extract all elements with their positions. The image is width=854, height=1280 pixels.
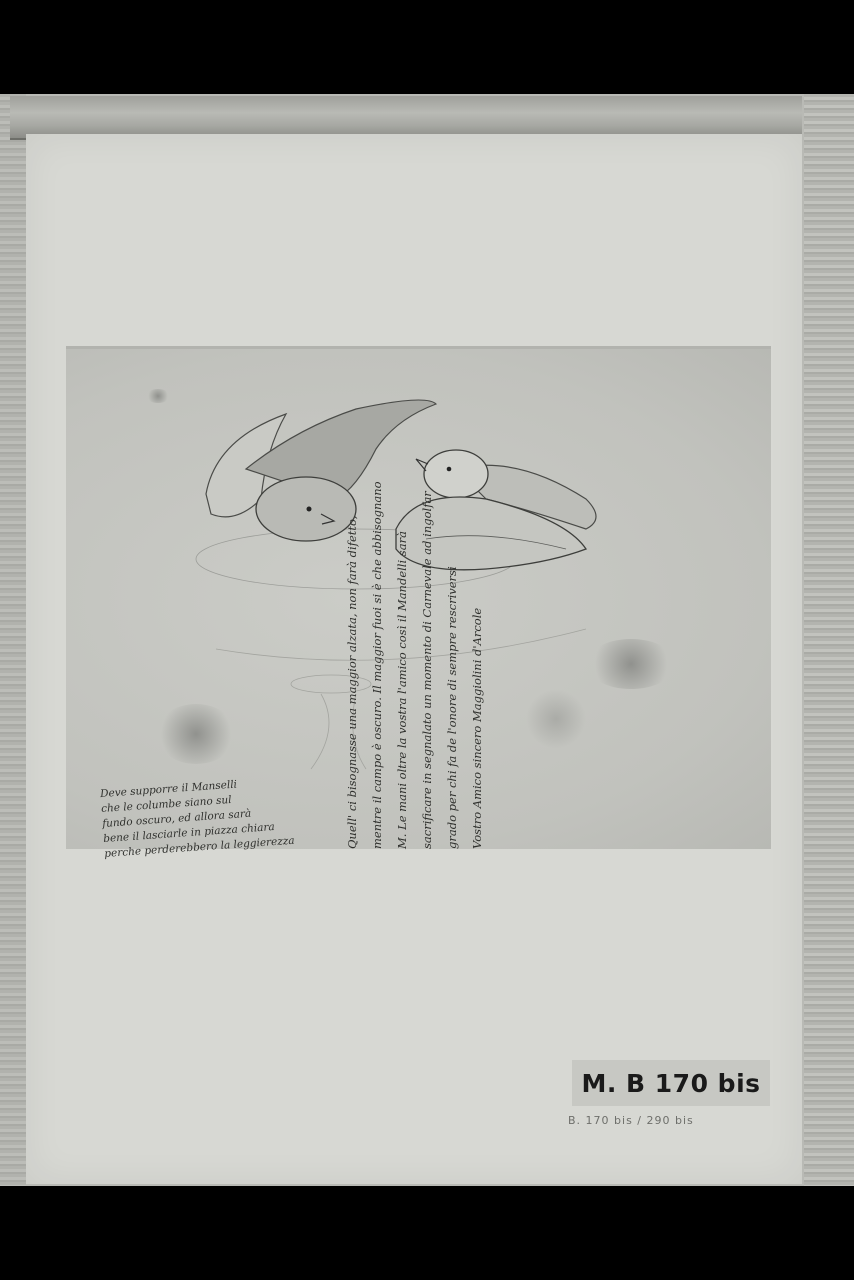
pencil-reference: B. 170 bis / 290 bis	[568, 1114, 694, 1127]
wooden-background-left	[0, 94, 26, 1186]
drawing-sheet: Deve supporre il Manselli che le columbe…	[66, 346, 771, 849]
inscription-line: M. Le mani oltre la vostra l'amico così …	[390, 429, 415, 849]
mount-card: Deve supporre il Manselli che le columbe…	[26, 134, 802, 1184]
inscription-left: Deve supporre il Manselli che le columbe…	[100, 771, 335, 862]
inscription-line: mentre il campo è oscuro. Il maggior fuo…	[365, 429, 390, 849]
archival-photograph: Deve supporre il Manselli che le columbe…	[0, 94, 854, 1186]
inscription-line: Vostro Amico sincero Maggiolini d'Arcole	[465, 429, 490, 849]
catalog-number: M. B 170 bis	[581, 1069, 760, 1098]
inscription-line: Quell' ci bisognasse una maggior alzata,…	[340, 429, 365, 849]
inscription-line: sacrificare in segnalato un momento di C…	[415, 429, 440, 849]
catalog-label: M. B 170 bis	[572, 1060, 770, 1106]
inscription-line: grado per chi fa de l'onore di sempre re…	[440, 429, 465, 849]
wooden-background-right	[804, 94, 854, 1186]
inscription-right-vertical: Quell' ci bisognasse una maggior alzata,…	[340, 429, 490, 849]
